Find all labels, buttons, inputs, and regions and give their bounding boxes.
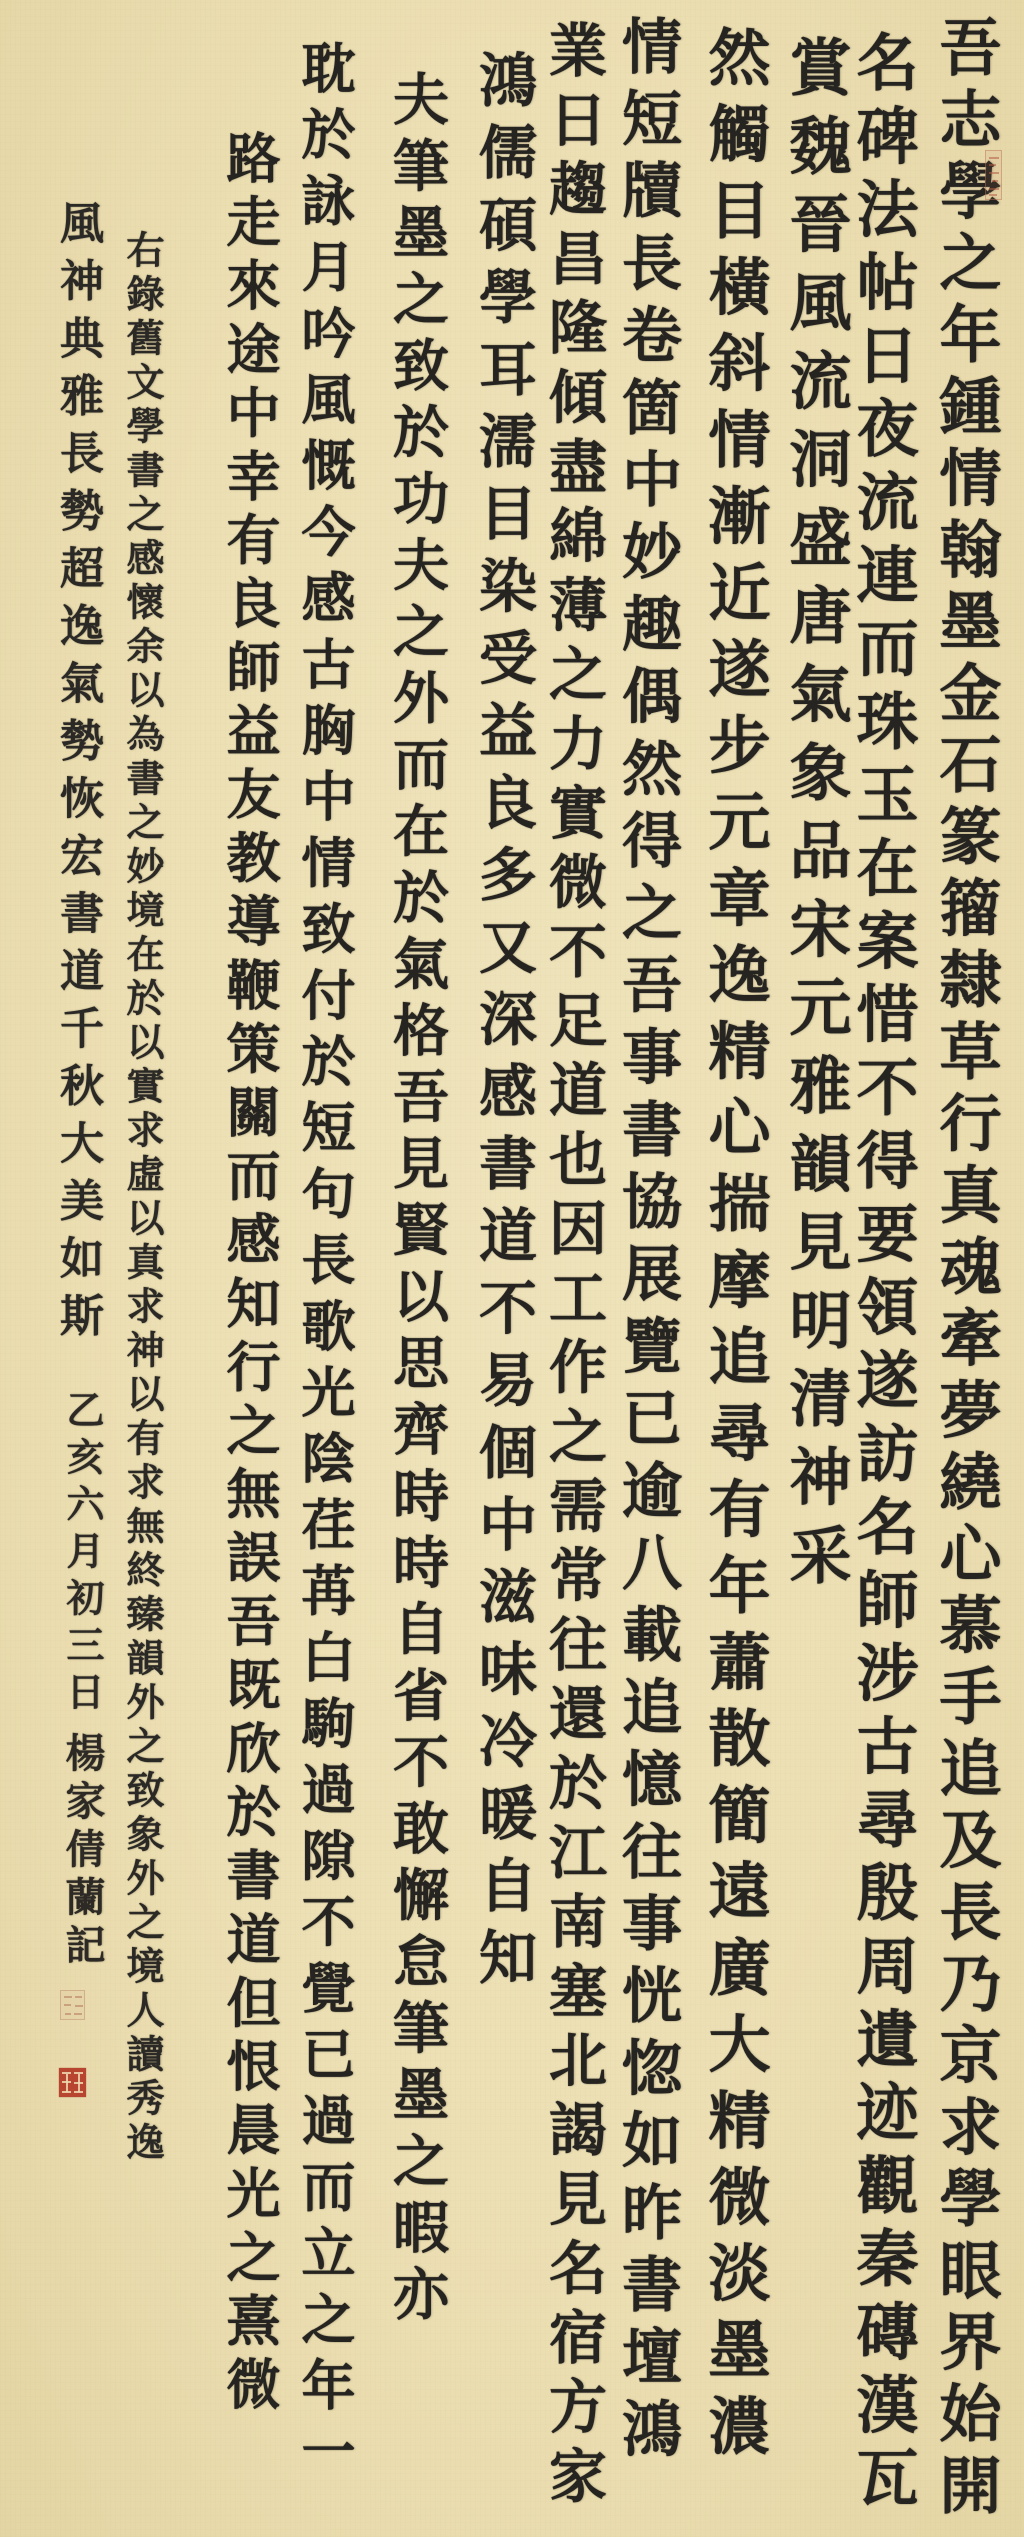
main-text-column-4: 然觸目橫斜情漸近遂步元章逸精心揣摩追尋有年蕭散簡遠廣大精微淡墨濃	[703, 25, 765, 2470]
calligraphy-scroll: 吾志學之年鍾情翰墨金石篆籀隸草行真魂牽夢繞心慕手追及長乃京求學眼界始開 名碑法帖…	[0, 0, 1024, 2537]
main-text-column-3: 賞魏晉風流洞盛唐氣象品宋元雅韻見明清神采	[784, 35, 846, 1601]
main-text-column-2: 名碑法帖日夜流連而珠玉在案惜不得要領遂訪名師涉古尋殷周遺迹觀秦磚漢瓦	[851, 30, 913, 2519]
main-text-column-9: 耽於詠月吟風慨今感古胸中情致付於短句長歌光陰荏苒白駒過隙不覺已過而立之年一	[298, 40, 352, 2489]
postscript-column-2: 風神典雅長勢超逸氣勢恢宏書道千秋大美如斯	[55, 200, 99, 1350]
main-text-column-8: 夫筆墨之致於功夫之外而在於氣格吾見賢以思齊時時自省不敢懈怠筆墨之暇亦	[389, 70, 445, 2331]
postscript-column-1: 右錄舊文學書之感懷余以為書之妙境在於以實求虛以真求神以有求無終臻韻外之致象外之境…	[123, 230, 161, 2166]
main-text-column-1: 吾志學之年鍾情翰墨金石篆籀隸草行真魂牽夢繞心慕手追及長乃京求學眼界始開	[934, 15, 996, 2525]
signature-name: 楊家倩蘭記	[62, 1732, 102, 1972]
seal-bottom-left-upper-icon	[60, 1990, 85, 2020]
main-text-column-7: 鴻儒碩學耳濡目染受益良多又深感書道不易個中滋味冷暖自知	[474, 50, 532, 1999]
seal-bottom-left-lower-icon	[59, 2068, 86, 2097]
signature-date: 乙亥六月初三日	[63, 1390, 101, 1719]
main-text-column-6: 業日趨昌隆傾盡綿薄之力實微不足道也因工作之需常往還於江南塞北謁見名宿方家	[544, 20, 602, 2515]
main-text-column-10: 路走來途中幸有良師益友教導鞭策關而感知行之無誤吾既欣於書道但恨晨光之熹微	[223, 130, 277, 2420]
main-text-column-5: 情短牘長卷箇中妙趣偶然得之吾事書協展覽已逾八載追憶往事恍惚如昨書壇鴻	[617, 15, 677, 2470]
seal-top-right-icon	[985, 150, 1002, 200]
